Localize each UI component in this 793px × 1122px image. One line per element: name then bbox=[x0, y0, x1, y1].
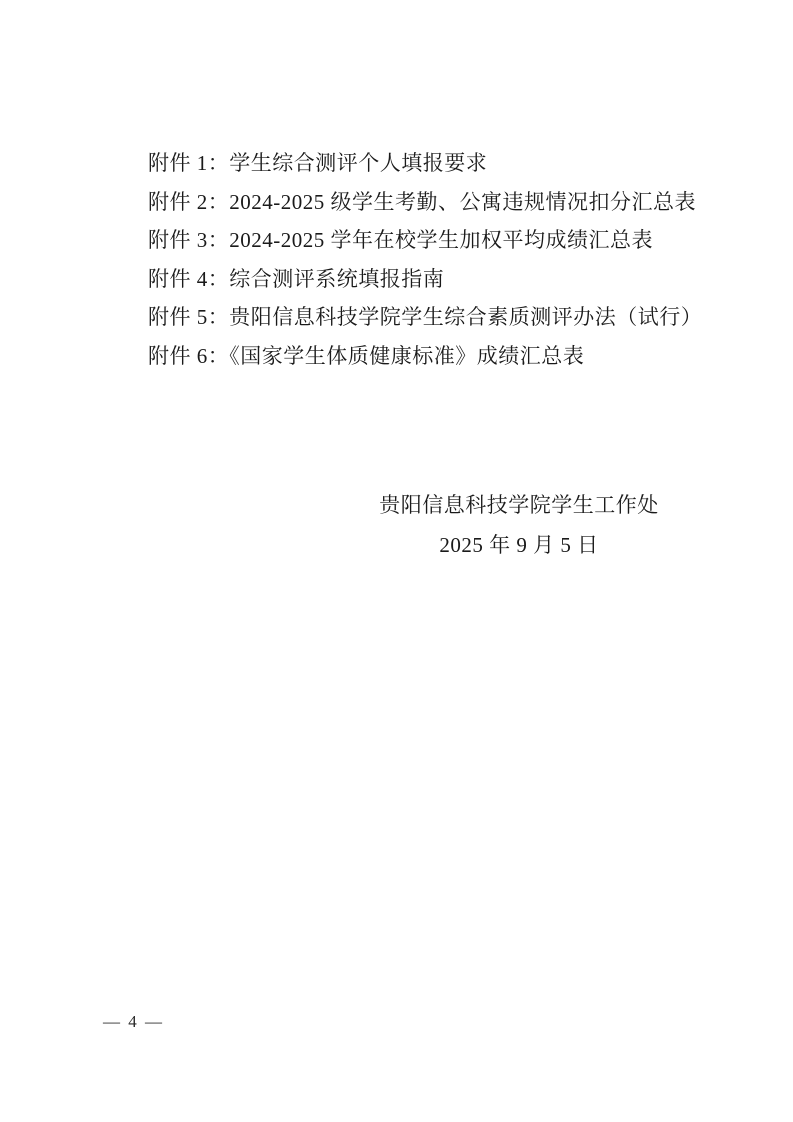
attachment-label: 附件 2： bbox=[148, 190, 229, 214]
attachment-title: 综合测评系统填报指南 bbox=[229, 267, 444, 291]
attachment-label: 附件 5： bbox=[148, 305, 229, 329]
attachment-item-1: 附件 1：学生综合测评个人填报要求 bbox=[148, 144, 733, 183]
attachment-title: 贵阳信息科技学院学生综合素质测评办法（试行） bbox=[229, 305, 702, 329]
attachment-item-2: 附件 2：2024-2025 级学生考勤、公寓违规情况扣分汇总表 bbox=[148, 183, 733, 222]
attachment-label: 附件 1： bbox=[148, 151, 229, 175]
attachment-title: 2024-2025 学年在校学生加权平均成绩汇总表 bbox=[229, 228, 653, 252]
signature-date: 2025 年 9 月 5 日 bbox=[378, 530, 660, 560]
attachment-list: 附件 1：学生综合测评个人填报要求 附件 2：2024-2025 级学生考勤、公… bbox=[148, 144, 733, 375]
attachment-title: 2024-2025 级学生考勤、公寓违规情况扣分汇总表 bbox=[229, 190, 696, 214]
attachment-item-3: 附件 3：2024-2025 学年在校学生加权平均成绩汇总表 bbox=[148, 221, 733, 260]
attachment-item-6: 附件 6：《国家学生体质健康标准》成绩汇总表 bbox=[148, 337, 733, 376]
signature-organization: 贵阳信息科技学院学生工作处 bbox=[378, 490, 660, 520]
document-page: 附件 1：学生综合测评个人填报要求 附件 2：2024-2025 级学生考勤、公… bbox=[0, 0, 793, 1122]
signature-block: 贵阳信息科技学院学生工作处 2025 年 9 月 5 日 bbox=[378, 490, 660, 560]
attachment-title: 《国家学生体质健康标准》成绩汇总表 bbox=[229, 344, 584, 368]
attachment-label: 附件 3： bbox=[148, 228, 229, 252]
page-number: — 4 — bbox=[103, 1012, 164, 1032]
attachment-item-5: 附件 5：贵阳信息科技学院学生综合素质测评办法（试行） bbox=[148, 298, 733, 337]
attachment-label: 附件 6： bbox=[148, 344, 229, 368]
attachment-label: 附件 4： bbox=[148, 267, 229, 291]
attachment-item-4: 附件 4：综合测评系统填报指南 bbox=[148, 260, 733, 299]
attachment-title: 学生综合测评个人填报要求 bbox=[229, 151, 487, 175]
